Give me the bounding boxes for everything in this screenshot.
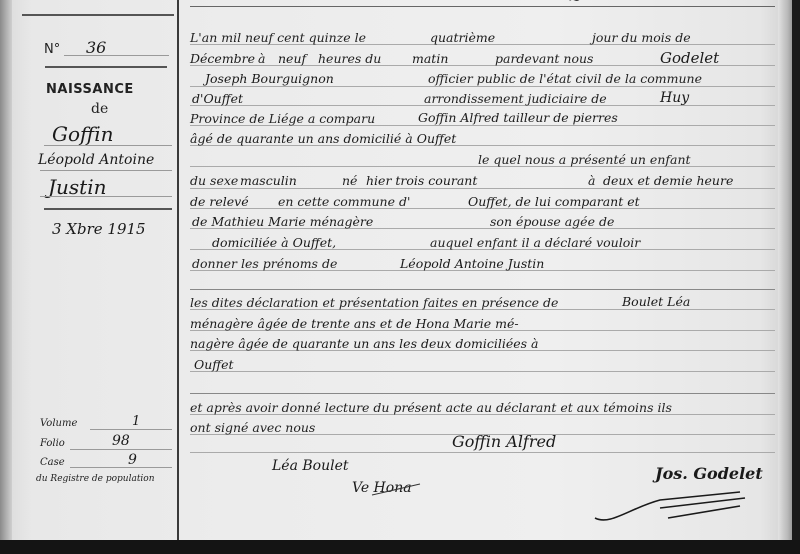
top-rule [22, 14, 174, 16]
body-hand: Huy [660, 90, 689, 106]
register-page: N° 36 NAISSANCE de Goffin Léopold Antoin… [0, 0, 792, 540]
body-printed: heures du [318, 51, 381, 66]
body-printed: à [588, 173, 595, 188]
body-printed: officier public de l'état civil de la co… [428, 71, 702, 86]
case-value: 9 [128, 452, 137, 468]
section-rule [190, 393, 775, 394]
officer-name: Godelet [660, 49, 719, 67]
body-hand: ménagère âgée de trente ans et de Hona M… [190, 316, 519, 331]
body-printed: auquel enfant il a déclaré vouloir [430, 235, 640, 250]
names-separator [44, 208, 172, 210]
mother-name: de Mathieu Marie ménagère [192, 214, 373, 229]
given-names-rule [40, 170, 172, 171]
top-page-rule [190, 6, 775, 7]
body-printed: à [258, 51, 265, 66]
body-hand: masculin [240, 173, 297, 188]
scan-border [0, 540, 800, 554]
section-rule [190, 289, 775, 290]
body-printed: arrondissement judiciaire de [424, 91, 607, 106]
number-underline [64, 55, 169, 56]
body-hand: nagère âgée de quarante un ans les deux … [190, 336, 538, 351]
body-hand: neuf [278, 51, 306, 66]
body-hand: hier trois courant [366, 173, 477, 188]
body-hand: Décembre [190, 51, 255, 66]
page-edge [778, 0, 792, 540]
number-label: N° [44, 42, 60, 57]
body-printed: donner les prénoms de [192, 256, 337, 271]
ruled-line [190, 86, 775, 87]
body-printed: son épouse agée de [490, 214, 614, 229]
folio-value: 98 [112, 433, 130, 449]
body-hand: domiciliée à Ouffet, [212, 235, 336, 250]
body-printed: né [342, 173, 357, 188]
body-hand: de relevé [190, 194, 249, 209]
margin-divider [177, 0, 179, 540]
body-printed: en cette commune d' [278, 194, 410, 209]
body-hand: Ouffet [194, 357, 234, 372]
folio-label: Folio [40, 438, 65, 449]
body-printed: le quel nous a présenté un enfant [478, 152, 691, 167]
case-label: Case [40, 457, 65, 468]
de-label: de [91, 101, 108, 117]
birth-date: 3 Xbre 1915 [52, 220, 146, 238]
body-printed: Province de Liége a comparu [190, 111, 375, 126]
page-binding [0, 0, 12, 540]
body-hand: quatrième [430, 30, 495, 45]
volume-value: 1 [132, 414, 140, 429]
ruled-line [190, 371, 775, 372]
surname-rule [44, 145, 172, 146]
body-hand: âgé de quarante un ans domicilié à Ouffe… [190, 131, 456, 146]
case-rule [70, 467, 172, 468]
section-title: NAISSANCE [46, 82, 134, 97]
body-printed: pardevant nous [495, 51, 593, 66]
witness-1-signature: Léa Boulet [272, 458, 349, 474]
closing-text: ont signé avec nous [190, 420, 315, 435]
child-full-names: Léopold Antoine Justin [400, 256, 544, 271]
closing-text: et après avoir donné lecture du présent … [190, 400, 672, 415]
volume-label: Volume [40, 418, 77, 429]
folio-rule [70, 449, 172, 450]
witness-name: Boulet Léa [622, 294, 690, 309]
register-footer: du Registre de population [36, 474, 155, 484]
given-names-rule-2 [40, 196, 172, 197]
body-printed: jour du mois de [592, 30, 691, 45]
child-given-names: Léopold Antoine [38, 152, 154, 168]
witness-flourish-icon [352, 480, 422, 500]
body-hand: Joseph Bourguignon [205, 71, 334, 86]
body-hand: matin [412, 51, 448, 66]
ruled-line [190, 452, 775, 453]
declarant-signature: Goffin Alfred [452, 432, 556, 451]
signature-flourish-icon [590, 478, 760, 526]
volume-rule [90, 429, 172, 430]
body-printed: du sexe [190, 173, 238, 188]
body-printed: les dites déclaration et présentation fa… [190, 295, 558, 310]
previous-signature-fragment: ~ [568, 0, 581, 9]
child-surname: Goffin [52, 122, 113, 146]
ruled-line [190, 188, 775, 189]
body-hand: deux et demie heure [603, 173, 733, 188]
declarant-name: Goffin Alfred tailleur de pierres [418, 110, 618, 125]
body-hand: Ouffet, de lui comparant et [468, 194, 640, 209]
body-hand: d'Ouffet [192, 91, 243, 106]
number-separator [45, 66, 167, 68]
body-printed: L'an mil neuf cent quinze le [190, 30, 366, 45]
